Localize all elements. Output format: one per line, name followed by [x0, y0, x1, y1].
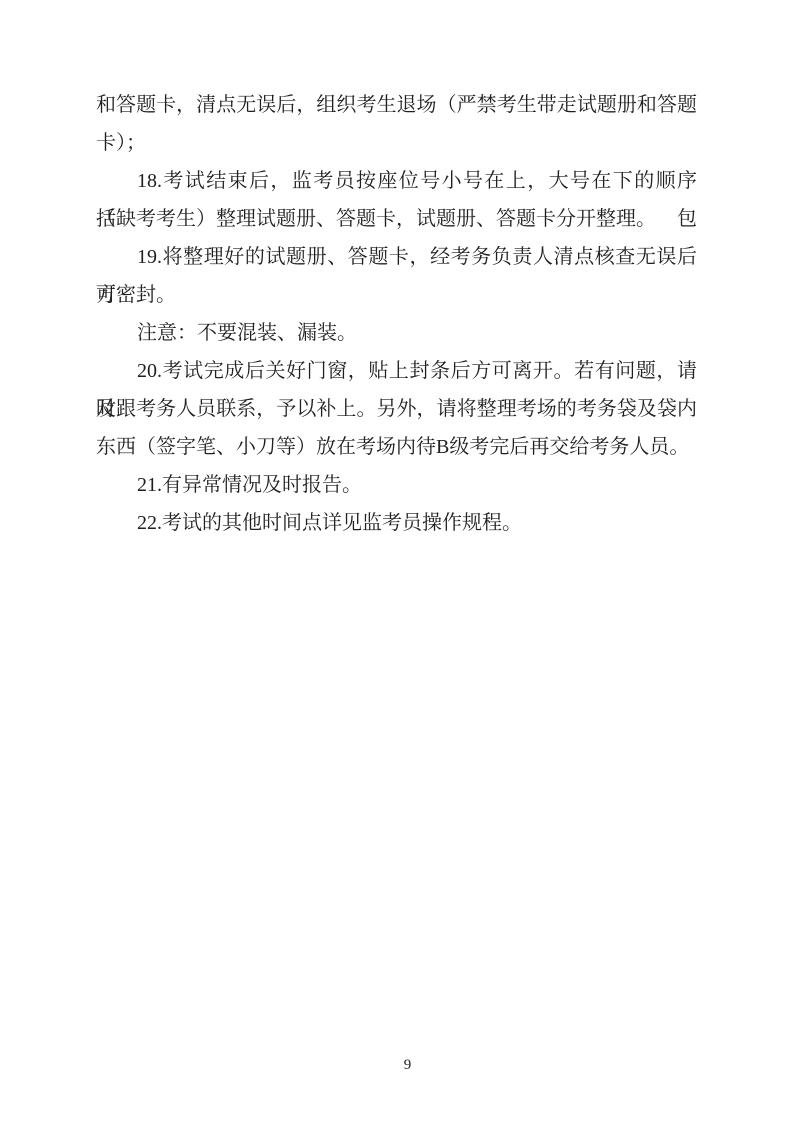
- text-line: 时跟考务人员联系，予以补上。另外，请将整理考场的考务袋及袋内: [96, 390, 697, 428]
- paragraph: 21.有异常情况及时报告。: [96, 466, 697, 504]
- text-line: 21.有异常情况及时报告。: [96, 466, 697, 504]
- paragraph: 和答题卡，清点无误后，组织考生退场（严禁考生带走试题册和答题卡）；: [96, 86, 697, 162]
- paragraph: 注意：不要混装、漏装。: [96, 314, 697, 352]
- page-number: 9: [11, 1056, 793, 1074]
- text-line: 22.考试的其他时间点详见监考员操作规程。: [96, 504, 697, 542]
- text-line: 20.考试完成后关好门窗，贴上封条后方可离开。若有问题，请及: [96, 352, 697, 390]
- text-line: 卡）；: [96, 124, 697, 162]
- text-line: 东西（签字笔、小刀等）放在考场内待B级考完后再交给考务人员。: [96, 428, 697, 466]
- text-line: 括缺考考生）整理试题册、答题卡，试题册、答题卡分开整理。: [96, 200, 697, 238]
- text-line: 和答题卡，清点无误后，组织考生退场（严禁考生带走试题册和答题: [96, 86, 697, 124]
- paragraph: 20.考试完成后关好门窗，贴上封条后方可离开。若有问题，请及时跟考务人员联系，予…: [96, 352, 697, 466]
- text-line: 19.将整理好的试题册、答题卡，经考务负责人清点核查无误后方: [96, 238, 697, 276]
- document-page: 和答题卡，清点无误后，组织考生退场（严禁考生带走试题册和答题卡）；18.考试结束…: [0, 0, 793, 1122]
- text-line: 18.考试结束后，监考员按座位号小号在上，大号在下的顺序（包: [96, 162, 697, 200]
- text-line: 注意：不要混装、漏装。: [96, 314, 697, 352]
- paragraph: 19.将整理好的试题册、答题卡，经考务负责人清点核查无误后方可密封。: [96, 238, 697, 314]
- text-line: 可密封。: [96, 276, 697, 314]
- document-body: 和答题卡，清点无误后，组织考生退场（严禁考生带走试题册和答题卡）；18.考试结束…: [96, 86, 697, 542]
- paragraph: 18.考试结束后，监考员按座位号小号在上，大号在下的顺序（包括缺考考生）整理试题…: [96, 162, 697, 238]
- paragraph: 22.考试的其他时间点详见监考员操作规程。: [96, 504, 697, 542]
